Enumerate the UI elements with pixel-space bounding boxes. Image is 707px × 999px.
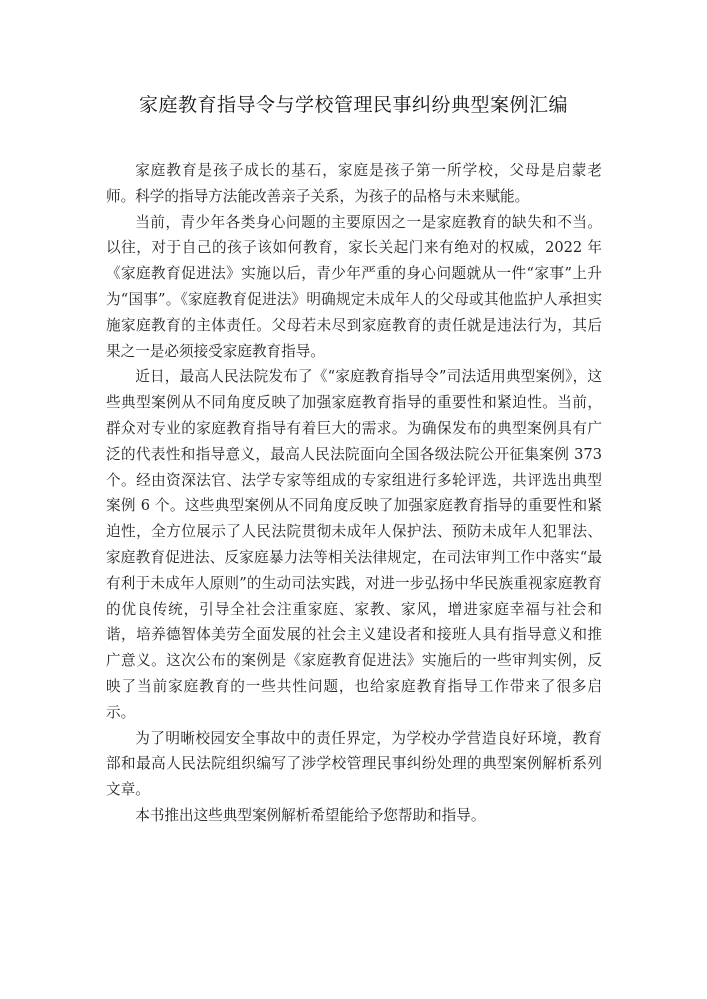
paragraph-intro: 家庭教育是孩子成长的基石，家庭是孩子第一所学校，父母是启蒙老师。科学的指导方法能…	[106, 158, 602, 210]
paragraph-closing: 本书推出这些典型案例解析希望能给予您帮助和指导。	[106, 803, 602, 829]
paragraph-school-safety: 为了明晰校园安全事故中的责任界定，为学校办学营造良好环境，教育部和最高人民法院组…	[106, 726, 602, 803]
document-title: 家庭教育指导令与学校管理民事纠纷典型案例汇编	[0, 92, 707, 118]
paragraph-supreme-court-cases: 近日，最高人民法院发布了《“家庭教育指导令”司法适用典型案例》，这些典型案例从不…	[106, 364, 602, 725]
document-page: 家庭教育指导令与学校管理民事纠纷典型案例汇编 家庭教育是孩子成长的基石，家庭是孩…	[0, 0, 707, 999]
paragraph-current-issues: 当前，青少年各类身心问题的主要原因之一是家庭教育的缺失和不当。以往，对于自己的孩…	[106, 210, 602, 365]
document-body: 家庭教育是孩子成长的基石，家庭是孩子第一所学校，父母是启蒙老师。科学的指导方法能…	[106, 158, 602, 829]
